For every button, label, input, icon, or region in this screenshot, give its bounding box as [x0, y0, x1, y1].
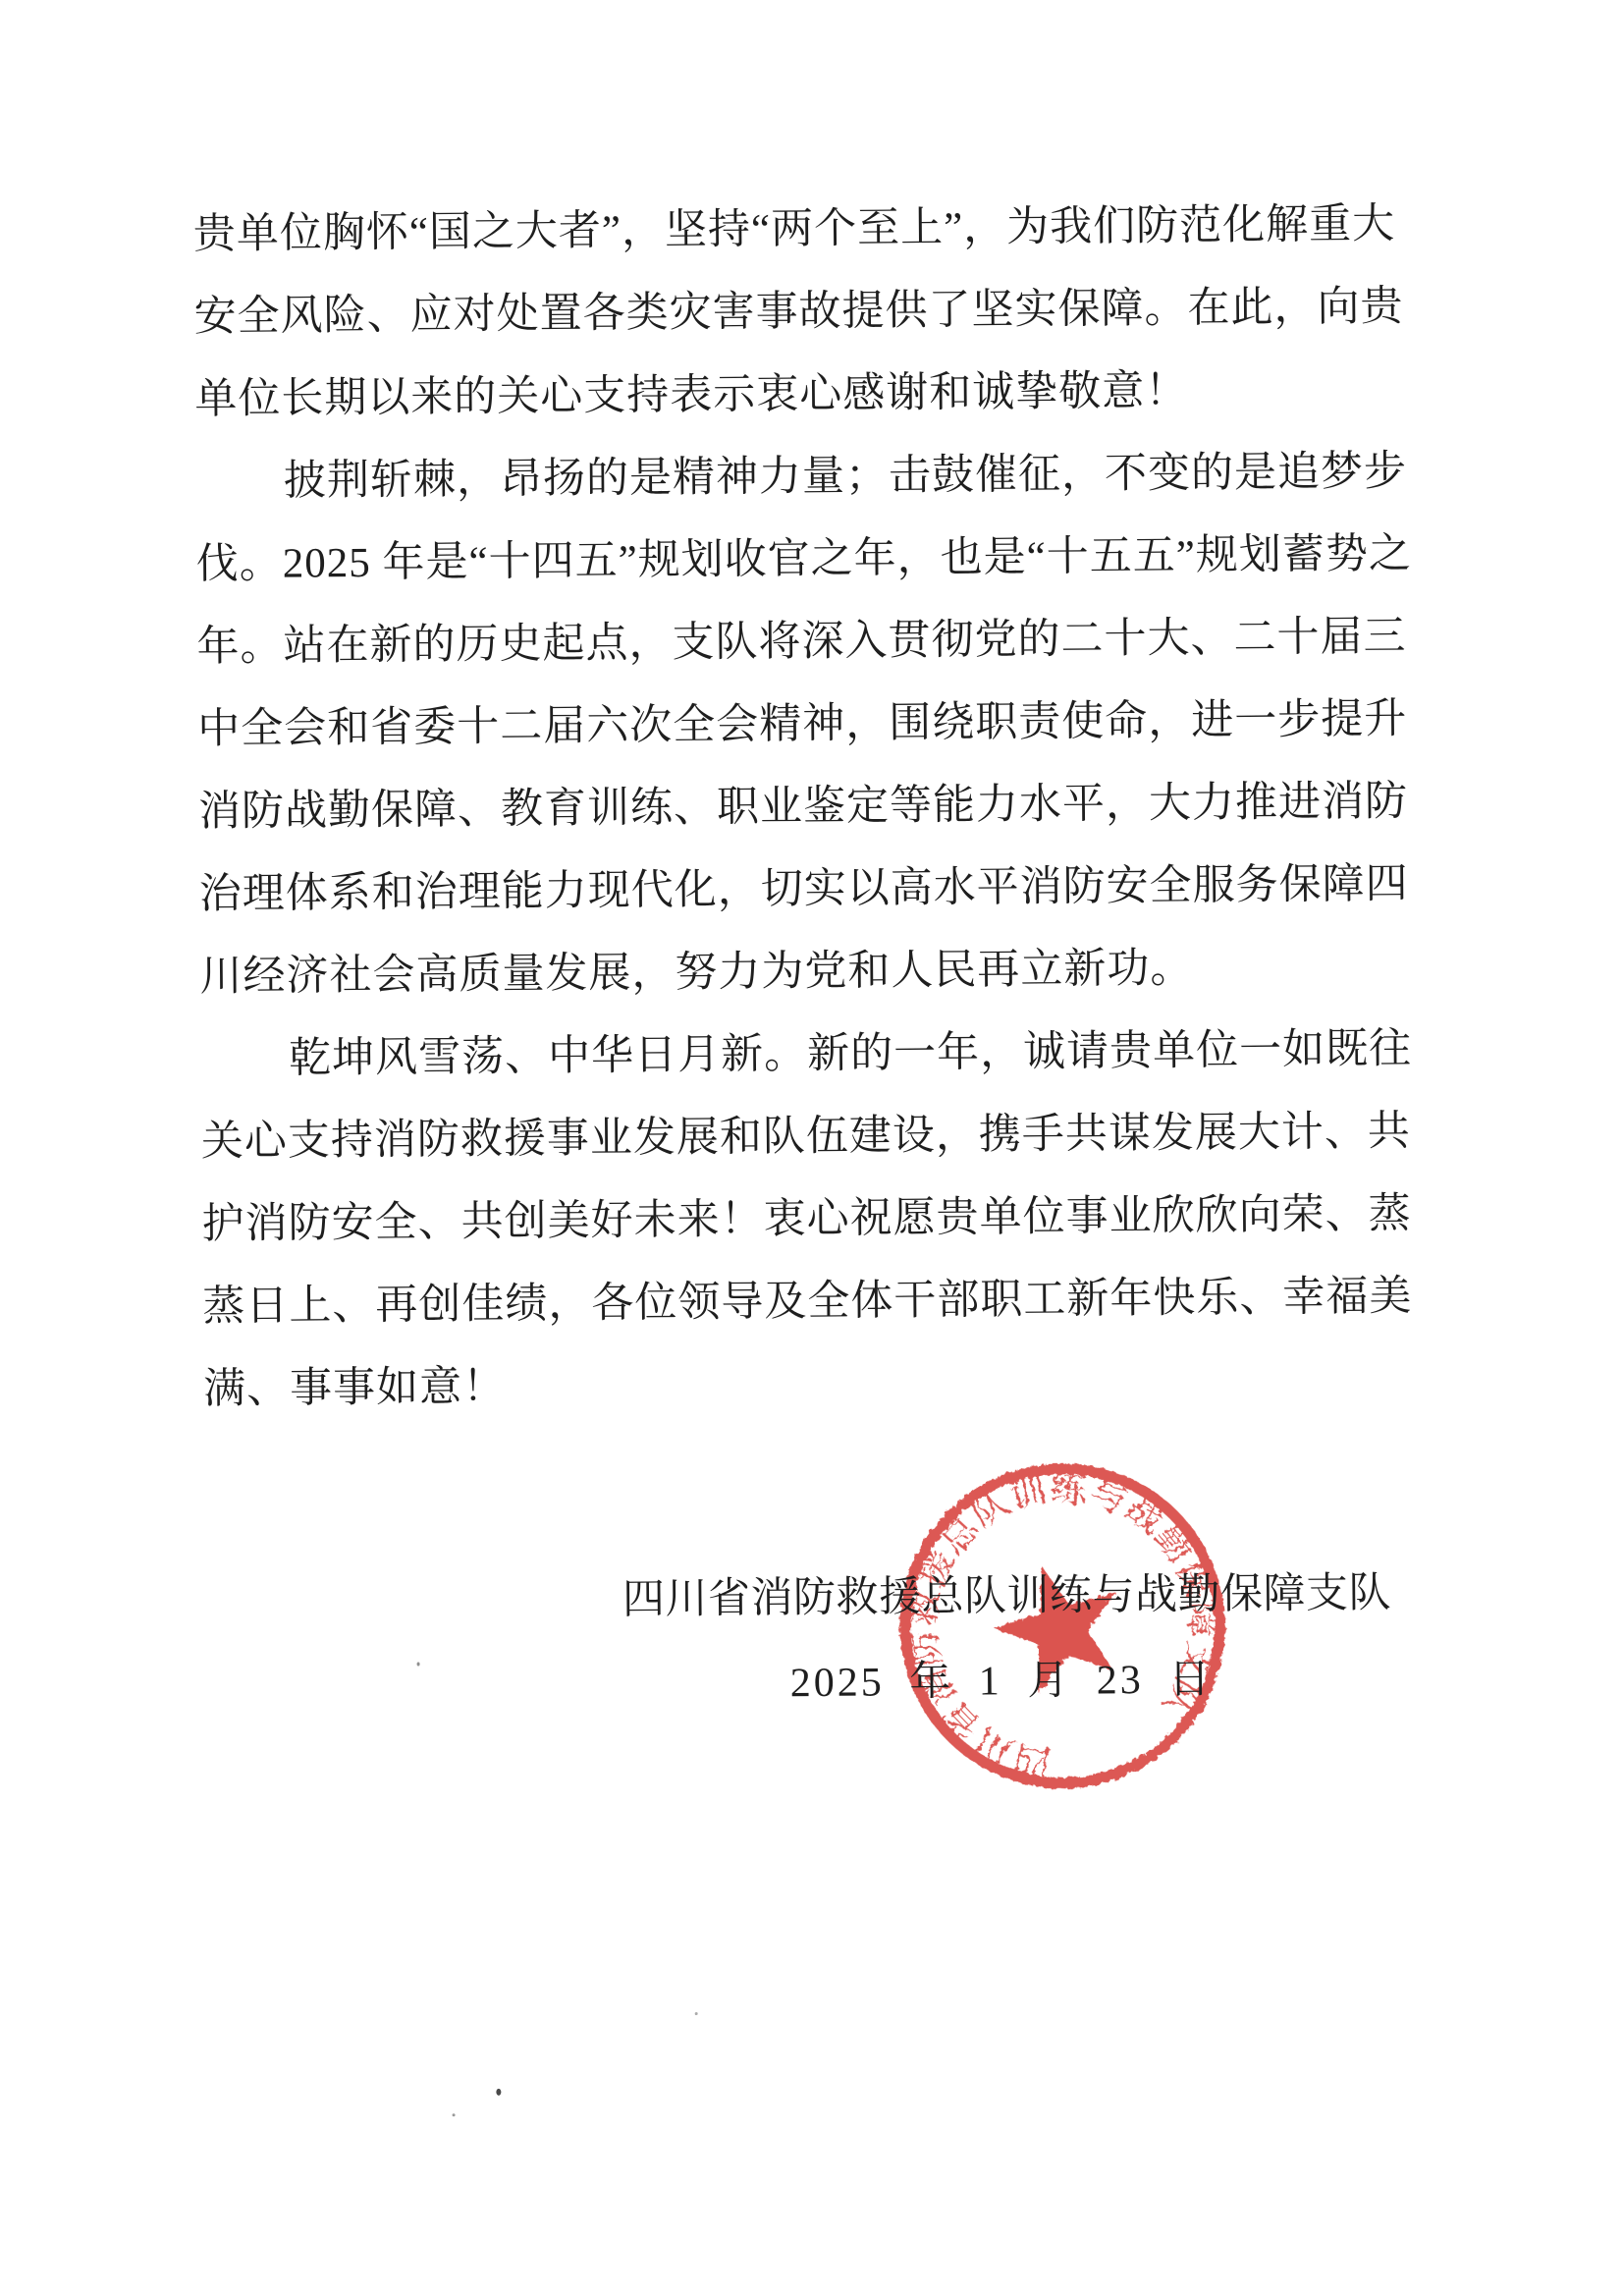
body-line: 披荆斩棘，昂扬的是精神力量；击鼓催征，不变的是追梦步: [195, 430, 1463, 523]
letter-body: 贵单位胸怀“国之大者”，坚持“两个至上”，为我们防范化解重大 安全风险、应对处置…: [192, 183, 1470, 1431]
body-line: 安全风险、应对处置各类灾害事故提供了坚实保障。在此，向贵: [193, 265, 1461, 358]
body-line: 乾坤风雪荡、中华日月新。新的一年，诚请贵单位一如既往: [200, 1008, 1468, 1101]
body-line: 治理体系和治理能力现代化，切实以高水平消防安全服务保障四: [198, 843, 1466, 936]
dust-speck: [417, 1662, 420, 1666]
dust-speck: [496, 2089, 501, 2096]
body-line: 关心支持消防救援事业发展和队伍建设，携手共谋发展大计、共: [201, 1090, 1469, 1183]
signature-unit-name: 四川省消防救援总队训练与战勤保障支队: [622, 1566, 1391, 1628]
body-line: 川经济社会高质量发展，努力为党和人民再立新功。: [199, 925, 1467, 1018]
dust-speck: [695, 2012, 698, 2015]
body-line: 贵单位胸怀“国之大者”，坚持“两个至上”，为我们防范化解重大: [192, 183, 1460, 276]
body-line: 单位长期以来的关心支持表示衷心感谢和诚挚敬意！: [194, 348, 1462, 441]
letter-date: 2025 年 1 月 23 日: [790, 1654, 1214, 1709]
body-line: 伐。2025 年是“十四五”规划收官之年，也是“十五五”规划蓄势之: [195, 513, 1463, 606]
dust-speck: [453, 2113, 456, 2116]
body-line: 年。站在新的历史起点，支队将深入贯彻党的二十大、二十届三: [196, 595, 1464, 688]
body-line: 消防战勤保障、教育训练、职业鉴定等能力水平，大力推进消防: [198, 760, 1466, 853]
body-line: 护消防安全、共创美好未来！衷心祝愿贵单位事业欣欣向荣、蒸: [201, 1173, 1469, 1266]
body-line: 中全会和省委十二届六次全会精神，围绕职责使命，进一步提升: [197, 678, 1465, 771]
letter-sheet: 贵单位胸怀“国之大者”，坚持“两个至上”，为我们防范化解重大 安全风险、应对处置…: [0, 0, 1622, 2296]
scanned-letter-page: 贵单位胸怀“国之大者”，坚持“两个至上”，为我们防范化解重大 安全风险、应对处置…: [0, 0, 1622, 2296]
official-seal-stamp: 四川省消防救援总队训练与战勤保障支队: [894, 1457, 1231, 1794]
body-line: 蒸日上、再创佳绩，各位领导及全体干部职工新年快乐、幸福美: [202, 1255, 1470, 1348]
body-line: 满、事事如意！: [203, 1338, 1471, 1431]
